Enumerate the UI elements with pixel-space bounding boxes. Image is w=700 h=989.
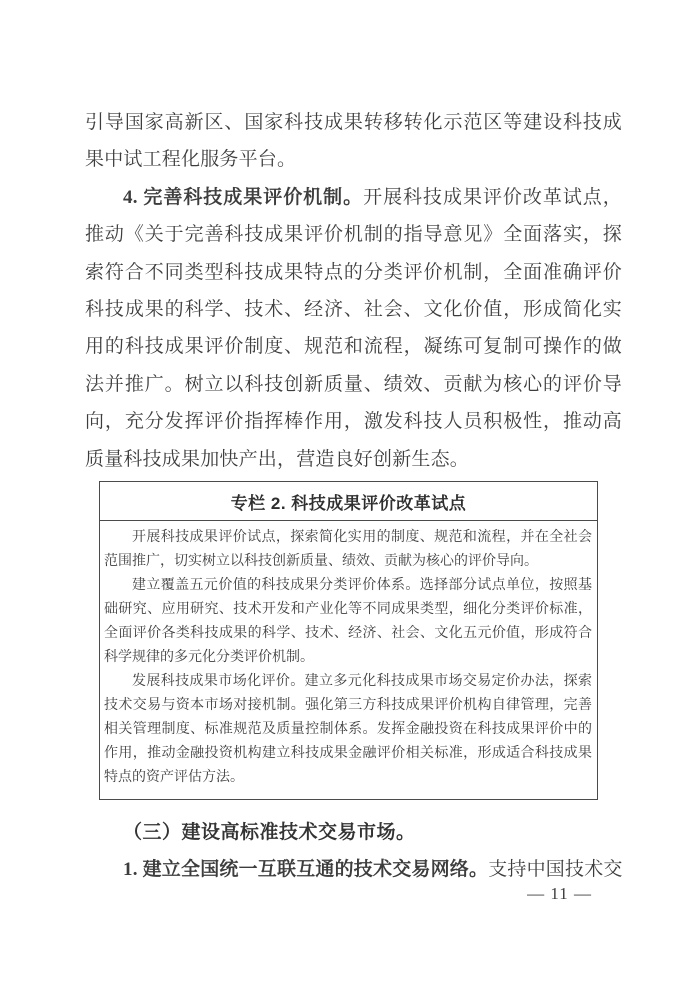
continuation-paragraph: 引导国家高新区、国家科技成果转移转化示范区等建设科技成果中试工程化服务平台。 [85, 104, 622, 179]
item1-body-text: 支持中国技术交 [488, 859, 622, 880]
document-page: 引导国家高新区、国家科技成果转移转化示范区等建设科技成果中试工程化服务平台。 4… [0, 0, 700, 989]
document-content: 引导国家高新区、国家科技成果转移转化示范区等建设科技成果中试工程化服务平台。 4… [85, 104, 622, 889]
callout-box: 专栏 2. 科技成果评价改革试点 开展科技成果评价试点，探索简化实用的制度、规范… [99, 481, 598, 800]
body-item4-paragraph: 4. 完善科技成果评价机制。开展科技成果评价改革试点，推动《关于完善科技成果评价… [85, 179, 622, 478]
callout-box-body: 开展科技成果评价试点，探索简化实用的制度、规范和流程，并在全社会范围推广，切实树… [100, 521, 597, 799]
item4-body-text: 开展科技成果评价改革试点，推动《关于完善科技成果评价机制的指导意见》全面落实，探… [85, 187, 622, 470]
callout-box-title: 专栏 2. 科技成果评价改革试点 [100, 482, 597, 521]
item4-lead-heading: 4. 完善科技成果评价机制。 [123, 187, 363, 208]
callout-paragraph-2: 建立覆盖五元价值的科技成果分类评价体系。选择部分试点单位，按照基础研究、应用研究… [104, 574, 592, 670]
callout-paragraph-1: 开展科技成果评价试点，探索简化实用的制度、规范和流程，并在全社会范围推广，切实树… [104, 526, 592, 574]
page-number: — 11 — [0, 884, 592, 904]
section-3-heading: （三）建设高标准技术交易市场。 [85, 814, 622, 851]
item1-lead-heading: 1. 建立全国统一互联互通的技术交易网络。 [123, 859, 488, 880]
callout-paragraph-3: 发展科技成果市场化评价。建立多元化科技成果市场交易定价办法，探索技术交易与资本市… [104, 670, 592, 790]
